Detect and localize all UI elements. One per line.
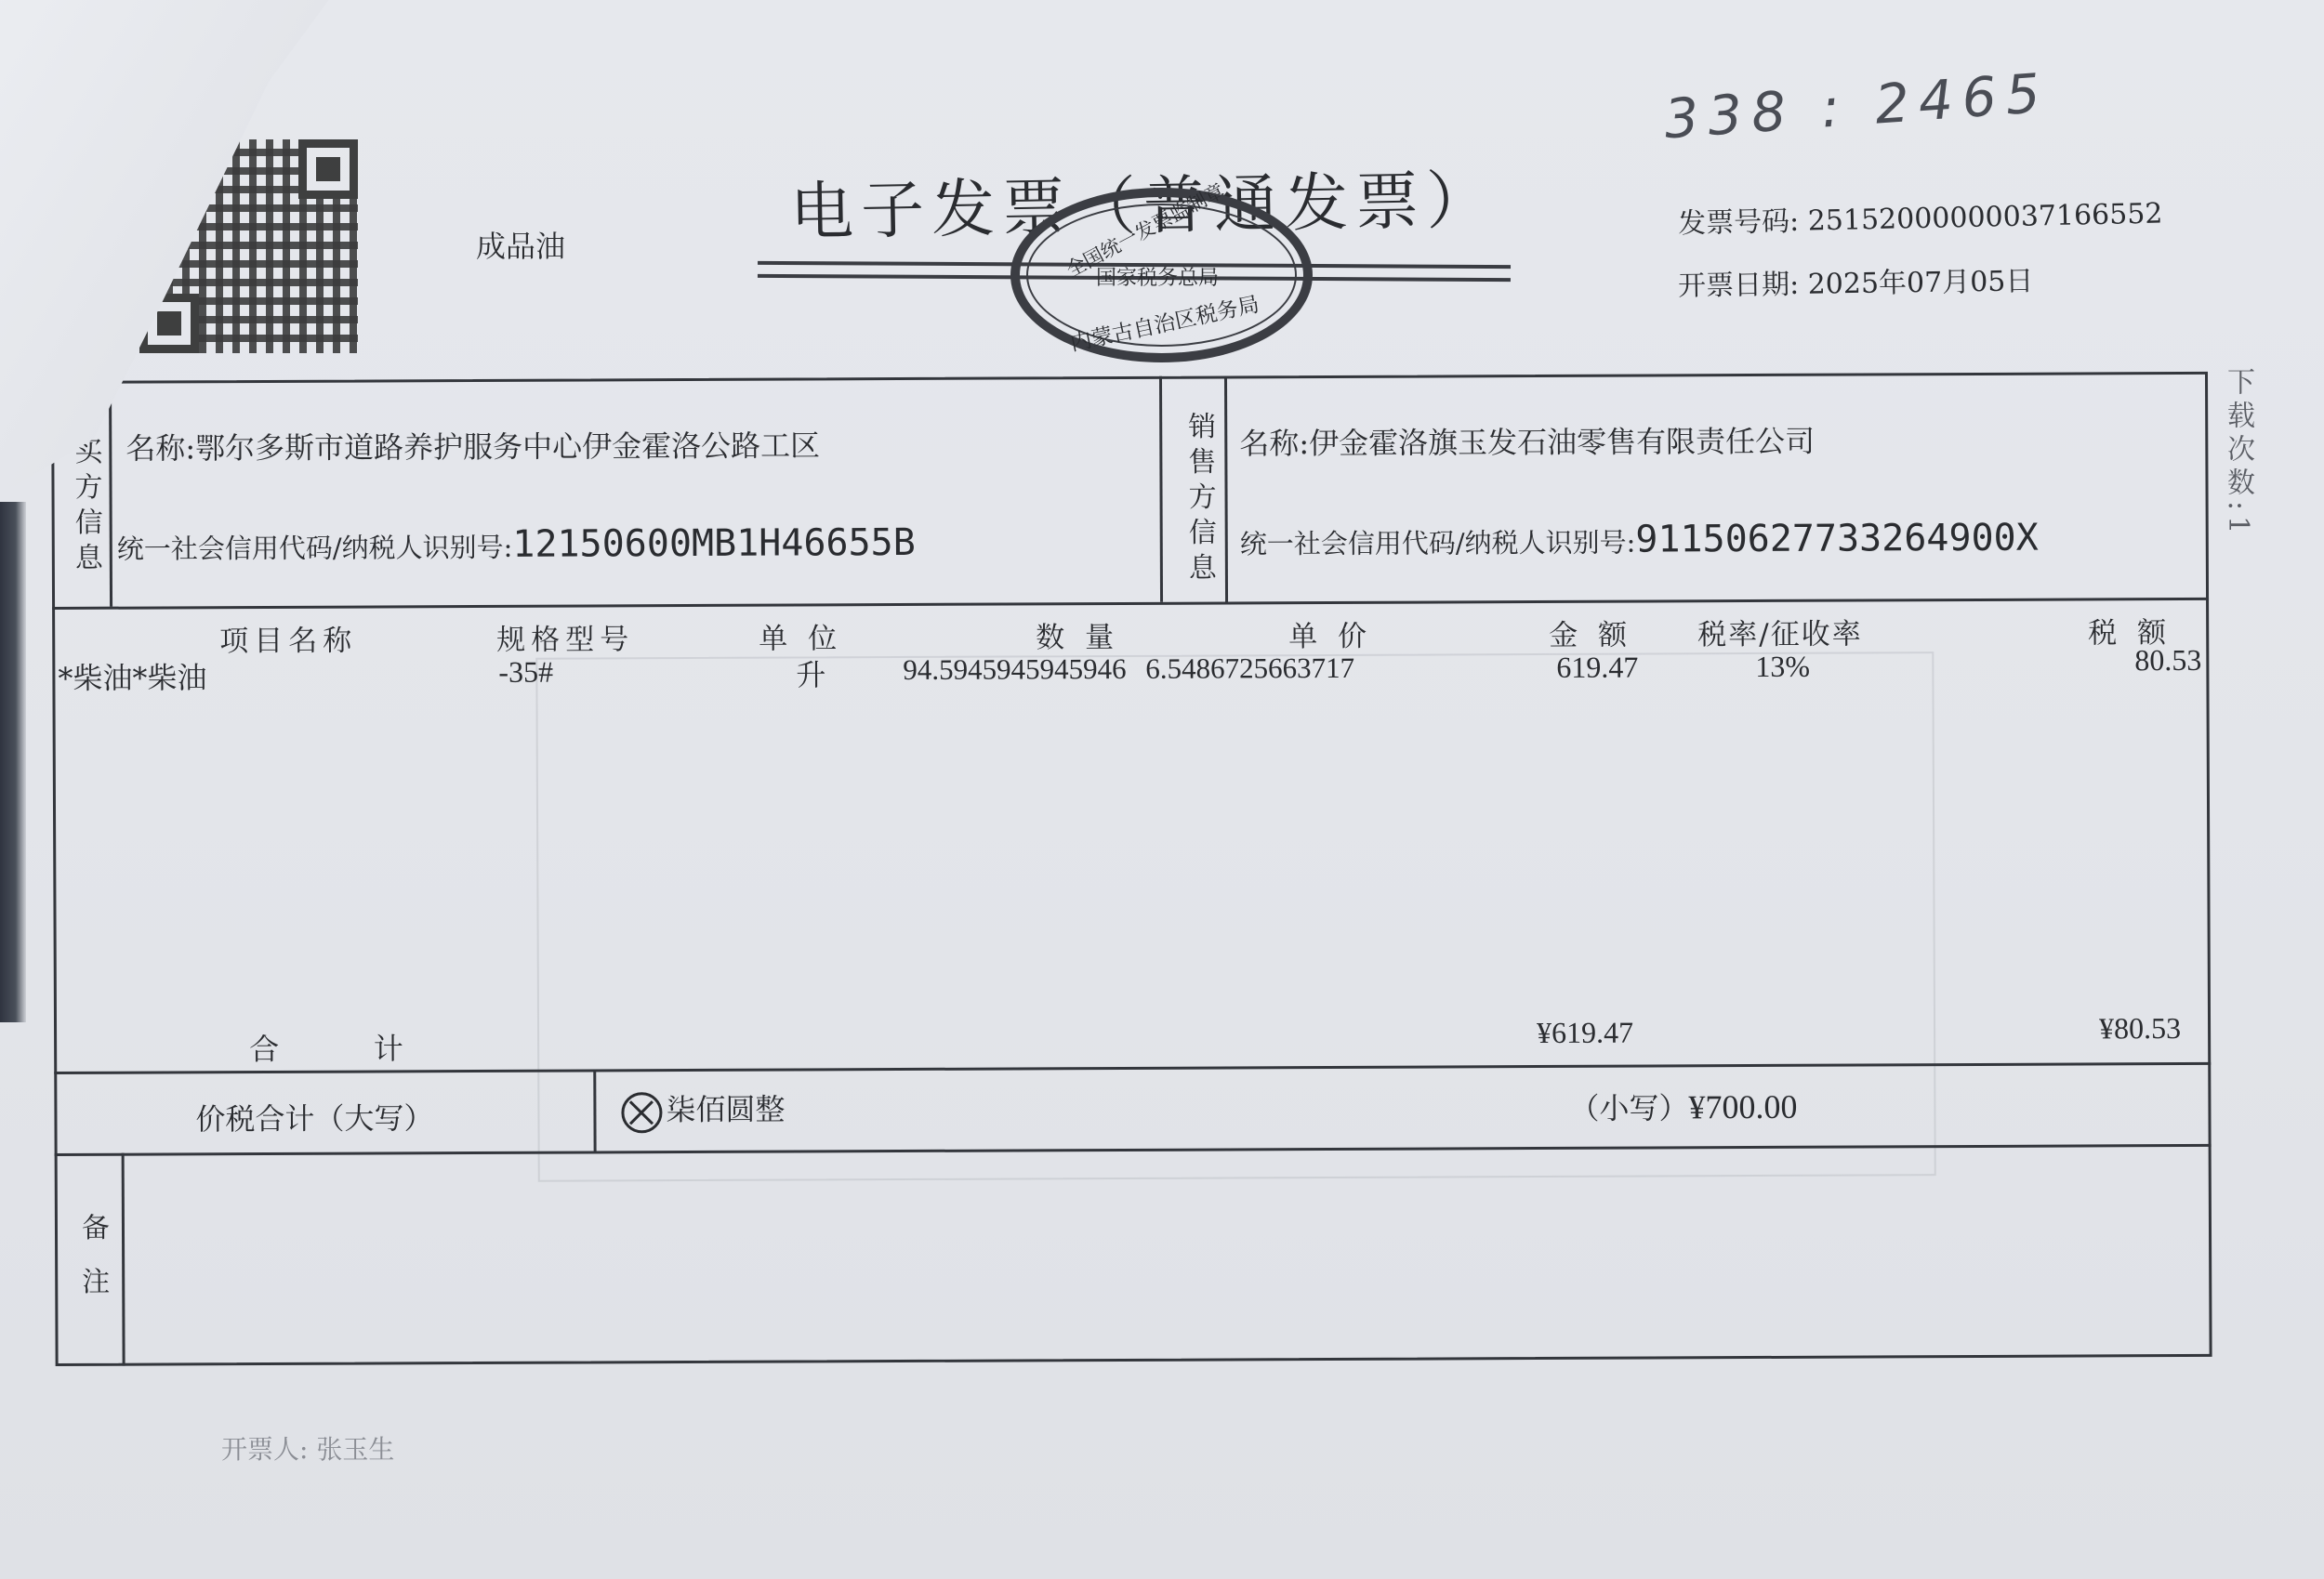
item-name: *柴油*柴油: [58, 654, 206, 698]
invoice-number-label: 发票号码:: [1678, 205, 1800, 241]
col-header-spec: 规格型号: [496, 615, 634, 658]
col-header-quantity: 数 量: [1036, 613, 1119, 655]
seller-tax-id-label: 统一社会信用代码/纳税人识别号:: [1240, 527, 1636, 560]
issue-date-value: 2025年07月05日: [1807, 265, 2033, 300]
col-header-amount: 金 额: [1549, 612, 1632, 653]
buyer-name-value: 鄂尔多斯市道路养护服务中心伊金霍洛公路工区: [195, 428, 820, 466]
item-unit: 升: [796, 651, 825, 694]
buyer-tax-id: 统一社会信用代码/纳税人识别号:12150600MB1H46655B: [117, 521, 916, 568]
buyer-name-label: 名称:: [125, 430, 195, 466]
seller-name-label: 名称:: [1239, 426, 1309, 461]
buyer-name: 名称:鄂尔多斯市道路养护服务中心伊金霍洛公路工区: [125, 422, 820, 467]
item-quantity: 94.5945945945946: [903, 652, 1126, 687]
download-count: 下载次数:1: [2217, 367, 2258, 539]
item-unit-price: 6.5486725663717: [1145, 651, 1354, 686]
totals-tax: ¥80.53: [2099, 1011, 2181, 1046]
seller-name: 名称:伊金霍洛旗玉发石油零售有限责任公司: [1239, 418, 1815, 464]
download-count-value: 1: [2222, 516, 2254, 539]
cross-circle-icon: [621, 1092, 662, 1133]
tax-seal-stamp: 全国统一发票监制章 国家税务总局 内蒙古自治区税务局: [1010, 188, 1313, 362]
item-amount: 619.47: [1556, 651, 1638, 685]
invoice-number-value: 25152000000037166552: [1807, 198, 2162, 238]
grand-total-small-value: ¥700.00: [1688, 1088, 1797, 1126]
issuer: 开票人: 张玉生: [221, 1429, 394, 1467]
buyer-tax-id-value: 12150600MB1H46655B: [512, 521, 916, 566]
col-header-unit: 单 位: [759, 614, 842, 656]
buyer-tax-id-label: 统一社会信用代码/纳税人识别号:: [117, 532, 513, 565]
seller-section-label: 销售方信息: [1178, 412, 1220, 588]
category-mark: 成品油: [476, 223, 565, 266]
issuer-label: 开票人:: [221, 1434, 308, 1465]
issuer-name: 张玉生: [316, 1434, 394, 1465]
item-spec: -35#: [498, 655, 553, 690]
item-tax-rate: 13%: [1755, 650, 1810, 684]
col-header-unit-price: 单 价: [1288, 612, 1372, 654]
handwritten-note: 338 : 2465: [1662, 61, 2051, 151]
seller-tax-id: 统一社会信用代码/纳税人识别号:91150627733264900X: [1240, 517, 2039, 563]
download-count-label: 下载次数:: [2222, 367, 2254, 516]
item-tax: 80.53: [2134, 643, 2201, 678]
invoice-form: 购买方信息 名称:鄂尔多斯市道路养护服务中心伊金霍洛公路工区 统一社会信用代码/…: [51, 372, 2212, 1366]
invoice-paper: 338 : 2465 成品油 电子发票（普通发票） 全国统一发票监制章 国家税务…: [0, 0, 2324, 1579]
totals-amount: ¥619.47: [1537, 1016, 1633, 1050]
grand-total-label: 价税合计（大写）: [195, 1095, 433, 1138]
col-header-item-name: 项目名称: [219, 617, 357, 660]
seal-middle-text: 国家税务总局: [1096, 262, 1219, 291]
table-surface-edge: [0, 502, 26, 1022]
qr-finder-icon: [298, 139, 358, 199]
grand-total-small: （小写）¥700.00: [1569, 1085, 1797, 1128]
invoice-number: 发票号码: 25152000000037166552: [1678, 191, 2163, 242]
col-header-tax-rate: 税率/征收率: [1697, 611, 1863, 653]
remarks-label: 备注: [72, 1213, 113, 1321]
grand-total-small-label: （小写）: [1569, 1090, 1688, 1126]
totals-label: 合 计: [249, 1025, 403, 1069]
grand-total-divider: [593, 1069, 596, 1151]
seller-tax-id-value: 91150627733264900X: [1635, 517, 2039, 561]
grand-total-words: 柒佰圆整: [621, 1086, 785, 1133]
issue-date-label: 开票日期:: [1678, 269, 1800, 303]
issue-date: 开票日期: 2025年07月05日: [1678, 257, 2034, 303]
seller-name-value: 伊金霍洛旗玉发石油零售有限责任公司: [1309, 424, 1815, 461]
grand-total-words-value: 柒佰圆整: [666, 1092, 785, 1128]
